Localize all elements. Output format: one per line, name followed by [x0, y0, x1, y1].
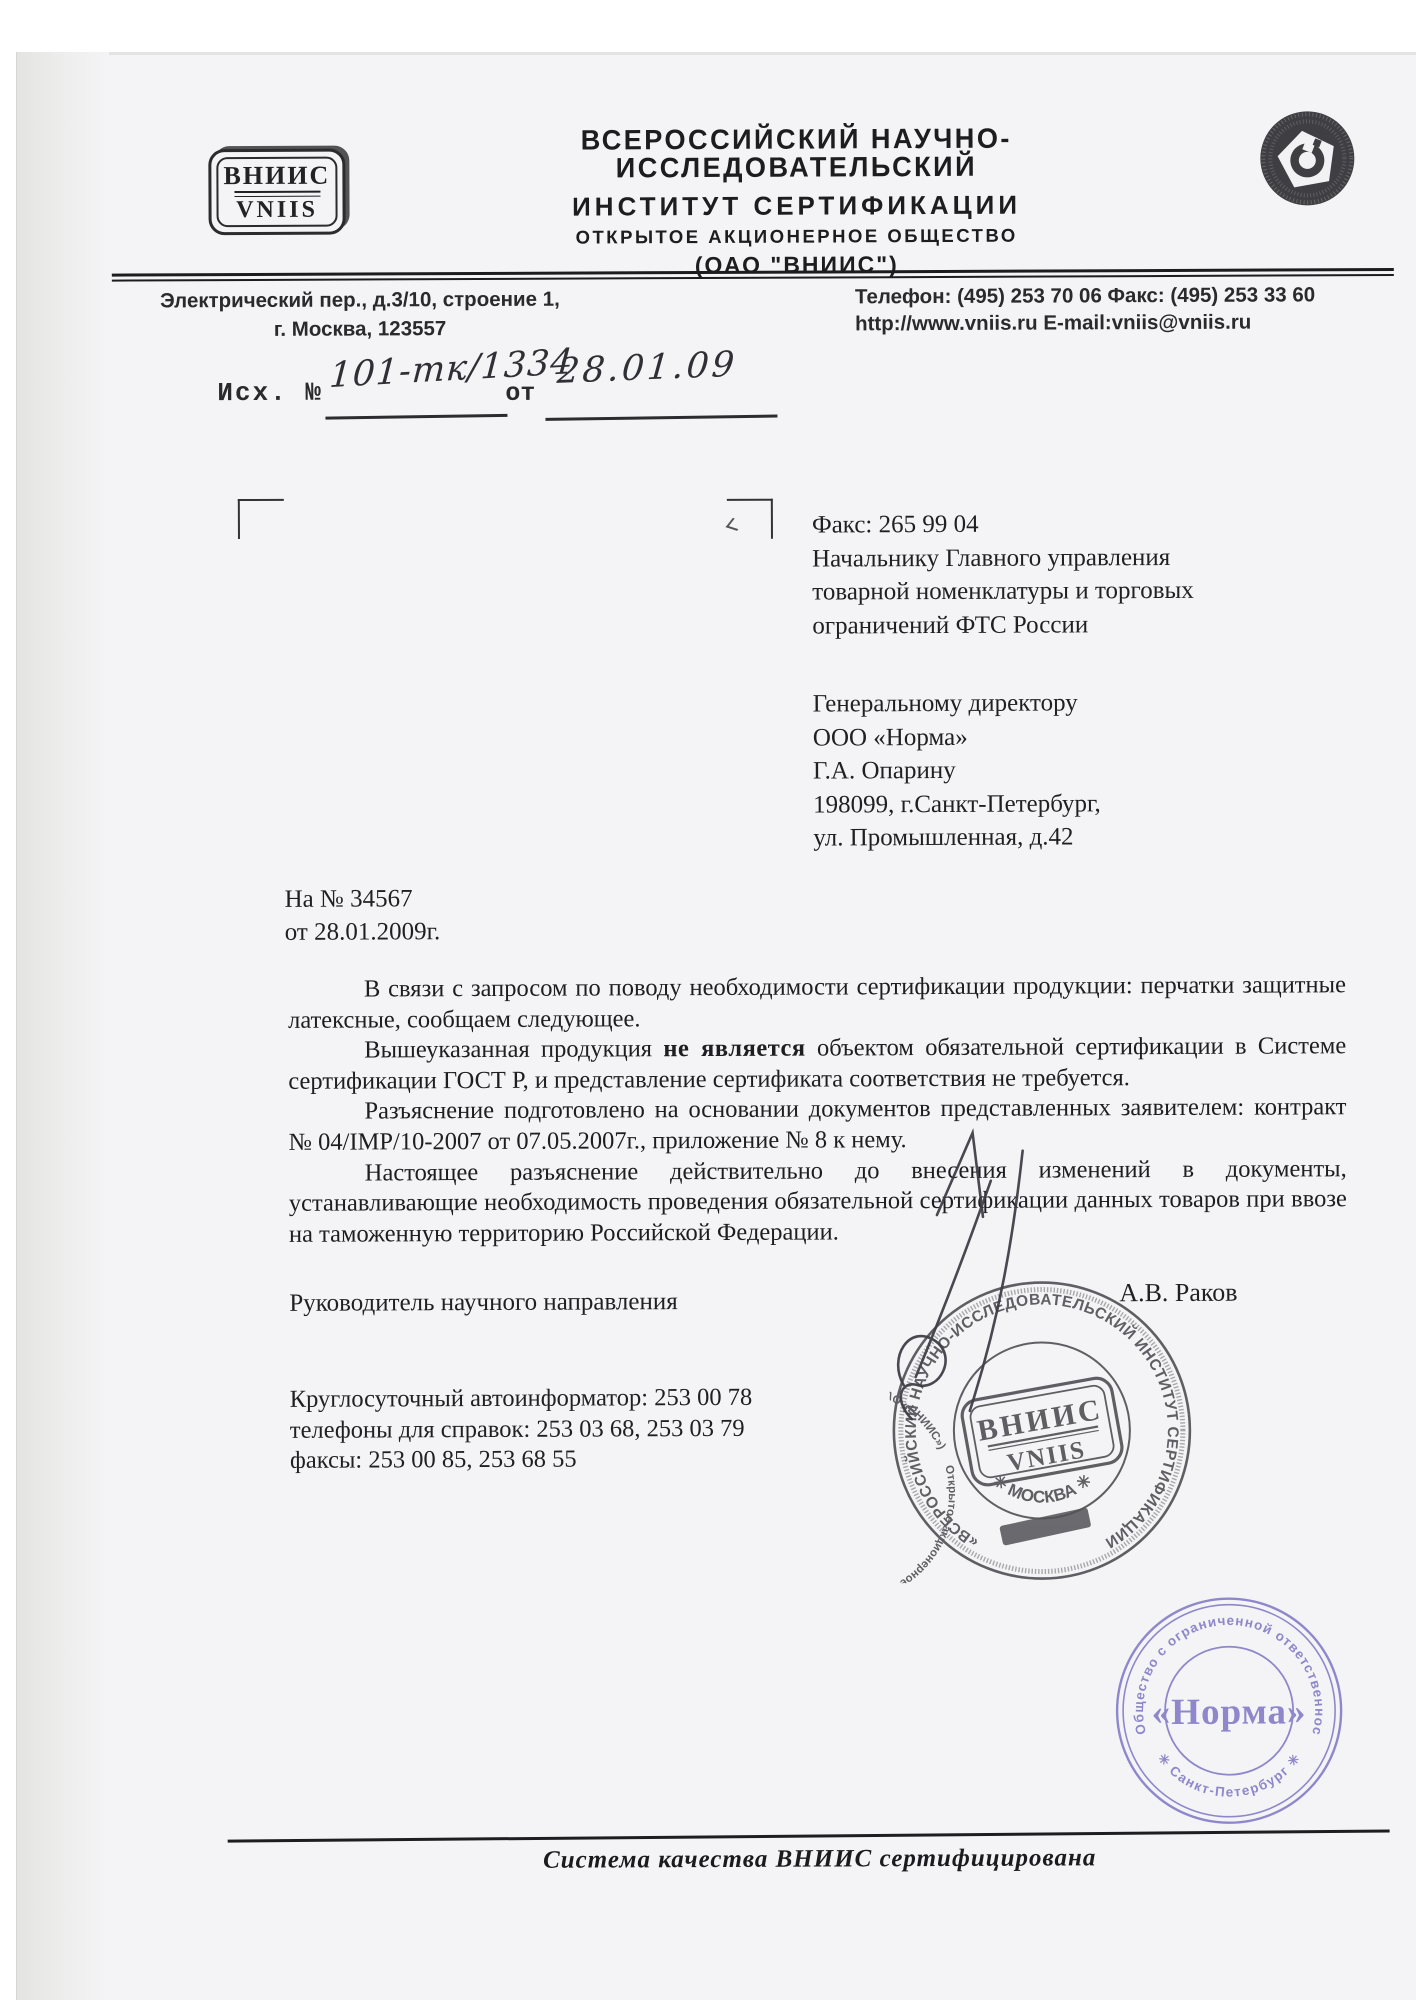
norma-center-text: «Норма» — [1152, 1691, 1307, 1733]
incoming-ref-date: от 28.01.2009г. — [285, 916, 441, 949]
fax-numbers-line: факсы: 253 00 85, 253 68 55 — [290, 1444, 753, 1477]
footer-quality-note: Система качества ВНИИС сертифицирована — [292, 1843, 1348, 1876]
letter-body: В связи с запросом по поводу необходимос… — [288, 970, 1347, 1250]
vniis-logo-divider — [234, 190, 320, 196]
body-paragraph-2: Вышеуказанная продукция не является объе… — [288, 1031, 1346, 1097]
recipient-line: ограничений ФТС России — [812, 607, 1282, 643]
letterhead-contacts: Телефон: (495) 253 70 06 Факс: (495) 253… — [855, 281, 1355, 337]
vniis-logo-latin: VNIIS — [236, 197, 318, 221]
org-name-line3: ОТКРЫТОЕ АКЦИОНЕРНОЕ ОБЩЕСТВО — [437, 226, 1157, 248]
recipient-line: 198099, г.Санкт-Петербург, — [813, 786, 1283, 822]
vniis-logo-cyrillic: ВНИИС — [223, 162, 330, 188]
contact-phones-block: Круглосуточный автоинформатор: 253 00 78… — [290, 1383, 753, 1477]
scanned-letter: ВНИИС VNIIS ВСЕРОССИЙСКИЙ НАУЧНО-ИССЛЕДО… — [0, 0, 1416, 2000]
recipient-line: товарной номенклатуры и торговых — [812, 573, 1282, 609]
web-email-line: http://www.vniis.ru E-mail:vniis@vniis.r… — [855, 308, 1355, 337]
org-name-line2: ИНСТИТУТ СЕРТИФИКАЦИИ — [436, 191, 1156, 220]
body-paragraph-3: Разъяснение подготовлено на основании до… — [288, 1093, 1346, 1159]
page-content: ВНИИС VNIIS ВСЕРОССИЙСКИЙ НАУЧНО-ИССЛЕДО… — [0, 0, 1416, 2000]
outgoing-ref-underline-2 — [545, 414, 777, 420]
footer-rule — [228, 1829, 1390, 1842]
body-p2-pre: Вышеуказанная продукция — [364, 1035, 663, 1063]
letterhead-title: ВСЕРОССИЙСКИЙ НАУЧНО-ИССЛЕДОВАТЕЛЬСКИЙ И… — [436, 124, 1157, 278]
recipient-line: Генеральному директору — [813, 685, 1283, 721]
body-paragraph-1: В связи с запросом по поводу необходимос… — [288, 970, 1346, 1036]
address-corner-bracket-left — [238, 499, 284, 539]
phone-fax-line: Телефон: (495) 253 70 06 Факс: (495) 253… — [855, 281, 1355, 310]
norma-round-stamp: Общество с ограниченной ответственностью… — [1109, 1590, 1350, 1831]
vniis-logo-box: ВНИИС VNIIS — [208, 149, 345, 236]
outgoing-ref-number-handwritten: 101-тк/1334 — [328, 342, 575, 396]
vniis-logo-inner-frame: ВНИИС VNIIS — [216, 157, 337, 228]
outgoing-ref-underline-1 — [325, 414, 507, 419]
stamp-center-cyrillic: ВНИИС — [975, 1393, 1106, 1448]
recipient-line: ООО «Норма» — [813, 719, 1283, 755]
vniis-round-stamp: «ВСЕРОССИЙСКИЙ НАУЧНО-ИССЛЕДОВАТЕЛЬСКИЙ … — [889, 1278, 1194, 1583]
recipient-block-1: Факс: 265 99 04 Начальнику Главного упра… — [812, 506, 1283, 642]
stamp-center-box: ВНИИС VNIIS — [960, 1376, 1125, 1488]
recipient-block-2: Генеральному директору ООО «Норма» Г.А. … — [813, 685, 1284, 855]
autoinformer-line: Круглосуточный автоинформатор: 253 00 78 — [290, 1383, 753, 1416]
outgoing-ref-date-handwritten: 28.01.09 — [556, 345, 739, 392]
inquiry-phones-line: телефоны для справок: 253 03 68, 253 03 … — [290, 1413, 753, 1446]
recipient-line: Г.А. Опарину — [813, 752, 1283, 788]
outgoing-ref-from-label: от — [505, 379, 535, 408]
signer-position-title: Руководитель научного направления — [289, 1288, 678, 1318]
incoming-ref-number: На № 34567 — [284, 883, 440, 916]
address-line2: г. Москва, 123557 — [145, 314, 575, 345]
recipient-line: ул. Промышленная, д.42 — [813, 819, 1283, 855]
quality-mark-icon — [1256, 107, 1358, 209]
body-paragraph-4: Настоящее разъяснение действительно до в… — [289, 1154, 1347, 1250]
header-double-rule — [112, 268, 1394, 282]
letterhead-address: Электрический пер., д.3/10, строение 1, … — [145, 285, 575, 345]
recipient-fax-line: Факс: 265 99 04 — [812, 506, 1282, 542]
body-p2-bold: не является — [663, 1035, 805, 1063]
outgoing-ref-label: Исх. № — [217, 378, 323, 408]
incoming-ref-block: На № 34567 от 28.01.2009г. — [284, 883, 440, 949]
recipient-line: Начальнику Главного управления — [812, 540, 1282, 576]
org-name-line1: ВСЕРОССИЙСКИЙ НАУЧНО-ИССЛЕДОВАТЕЛЬСКИЙ — [447, 124, 1146, 183]
address-line1: Электрический пер., д.3/10, строение 1, — [145, 285, 575, 316]
stamp-center-latin: VNIIS — [1005, 1436, 1088, 1477]
